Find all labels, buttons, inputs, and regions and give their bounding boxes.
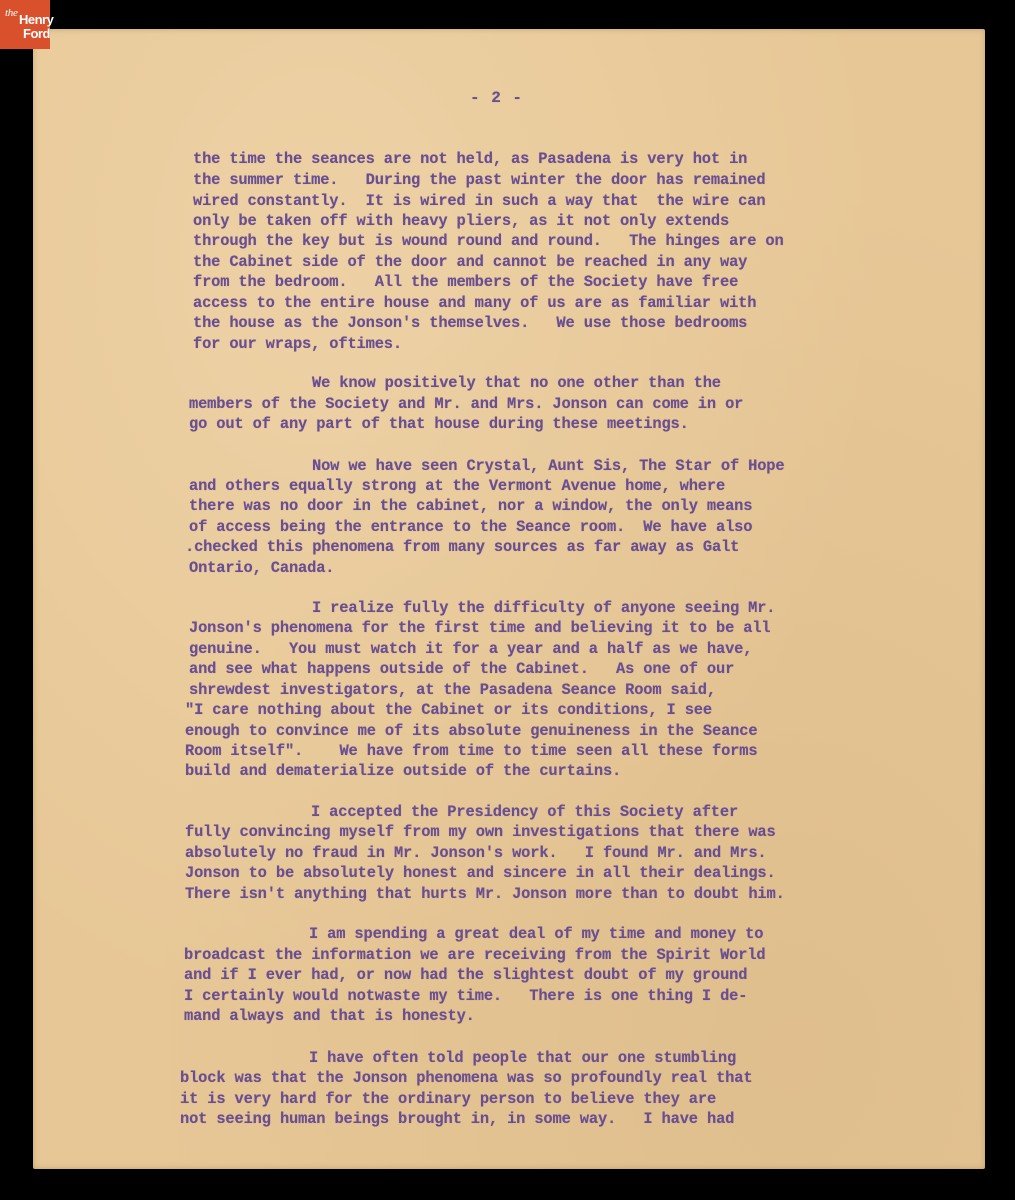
document-viewer: the Henry Ford - 2 - the time the seance… bbox=[0, 0, 1015, 1200]
logo-henry-text: Henry bbox=[19, 13, 53, 26]
text-line: and if I ever had, or now had the slight… bbox=[184, 965, 747, 985]
page-number: - 2 - bbox=[470, 88, 523, 108]
text-line: only be taken off with heavy pliers, as … bbox=[193, 211, 729, 231]
text-line: shrewdest investigators, at the Pasadena… bbox=[189, 680, 716, 700]
text-line: wired constantly. It is wired in such a … bbox=[193, 191, 765, 211]
logo-the-text: the bbox=[5, 7, 18, 19]
text-line: Ontario, Canada. bbox=[189, 558, 334, 578]
text-line: We know positively that no one other tha… bbox=[312, 373, 721, 393]
text-line: Jonson to be absolutely honest and since… bbox=[185, 863, 776, 883]
logo-ford-text: Ford bbox=[23, 27, 50, 40]
text-line: Now we have seen Crystal, Aunt Sis, The … bbox=[312, 456, 784, 476]
text-line: I realize fully the difficulty of anyone… bbox=[312, 598, 775, 618]
text-line: I am spending a great deal of my time an… bbox=[309, 924, 763, 944]
text-line: of access being the entrance to the Sean… bbox=[189, 517, 752, 537]
text-line: members of the Society and Mr. and Mrs. … bbox=[189, 394, 743, 414]
text-line: genuine. You must watch it for a year an… bbox=[189, 639, 752, 659]
text-line: I accepted the Presidency of this Societ… bbox=[311, 802, 738, 822]
text-line: broadcast the information we are receivi… bbox=[184, 945, 766, 965]
text-line: for our wraps, oftimes. bbox=[193, 334, 402, 354]
text-line: the Cabinet side of the door and cannot … bbox=[193, 252, 747, 272]
text-line: .checked this phenomena from many source… bbox=[185, 537, 739, 557]
text-line: the summer time. During the past winter … bbox=[193, 170, 765, 190]
text-line: "I care nothing about the Cabinet or its… bbox=[185, 700, 712, 720]
text-line: Room itself". We have from time to time … bbox=[185, 741, 757, 761]
text-line: I have often told people that our one st… bbox=[309, 1048, 736, 1068]
text-line: the house as the Jonson's themselves. We… bbox=[193, 313, 747, 333]
text-line: absolutely no fraud in Mr. Jonson's work… bbox=[185, 843, 767, 863]
text-line: the time the seances are not held, as Pa… bbox=[193, 149, 747, 169]
text-line: There isn't anything that hurts Mr. Jons… bbox=[185, 884, 785, 904]
text-line: access to the entire house and many of u… bbox=[193, 293, 756, 313]
text-line: go out of any part of that house during … bbox=[189, 414, 689, 434]
text-line: it is very hard for the ordinary person … bbox=[180, 1089, 716, 1109]
text-line: and see what happens outside of the Cabi… bbox=[189, 659, 734, 679]
text-line: not seeing human beings brought in, in s… bbox=[180, 1109, 734, 1129]
text-line: build and dematerialize outside of the c… bbox=[185, 761, 621, 781]
text-line: from the bedroom. All the members of the… bbox=[193, 272, 738, 292]
text-line: block was that the Jonson phenomena was … bbox=[180, 1068, 752, 1088]
text-line: through the key but is wound round and r… bbox=[193, 231, 784, 251]
text-line: Jonson's phenomena for the first time an… bbox=[189, 618, 771, 638]
text-line: mand always and that is honesty. bbox=[184, 1006, 475, 1026]
text-line: and others equally strong at the Vermont… bbox=[189, 476, 725, 496]
text-line: fully convincing myself from my own inve… bbox=[185, 822, 776, 842]
text-line: enough to convince me of its absolute ge… bbox=[185, 721, 757, 741]
text-line: I certainly would notwaste my time. Ther… bbox=[184, 986, 747, 1006]
henry-ford-logo: the Henry Ford bbox=[0, 0, 50, 49]
text-line: there was no door in the cabinet, nor a … bbox=[189, 496, 752, 516]
